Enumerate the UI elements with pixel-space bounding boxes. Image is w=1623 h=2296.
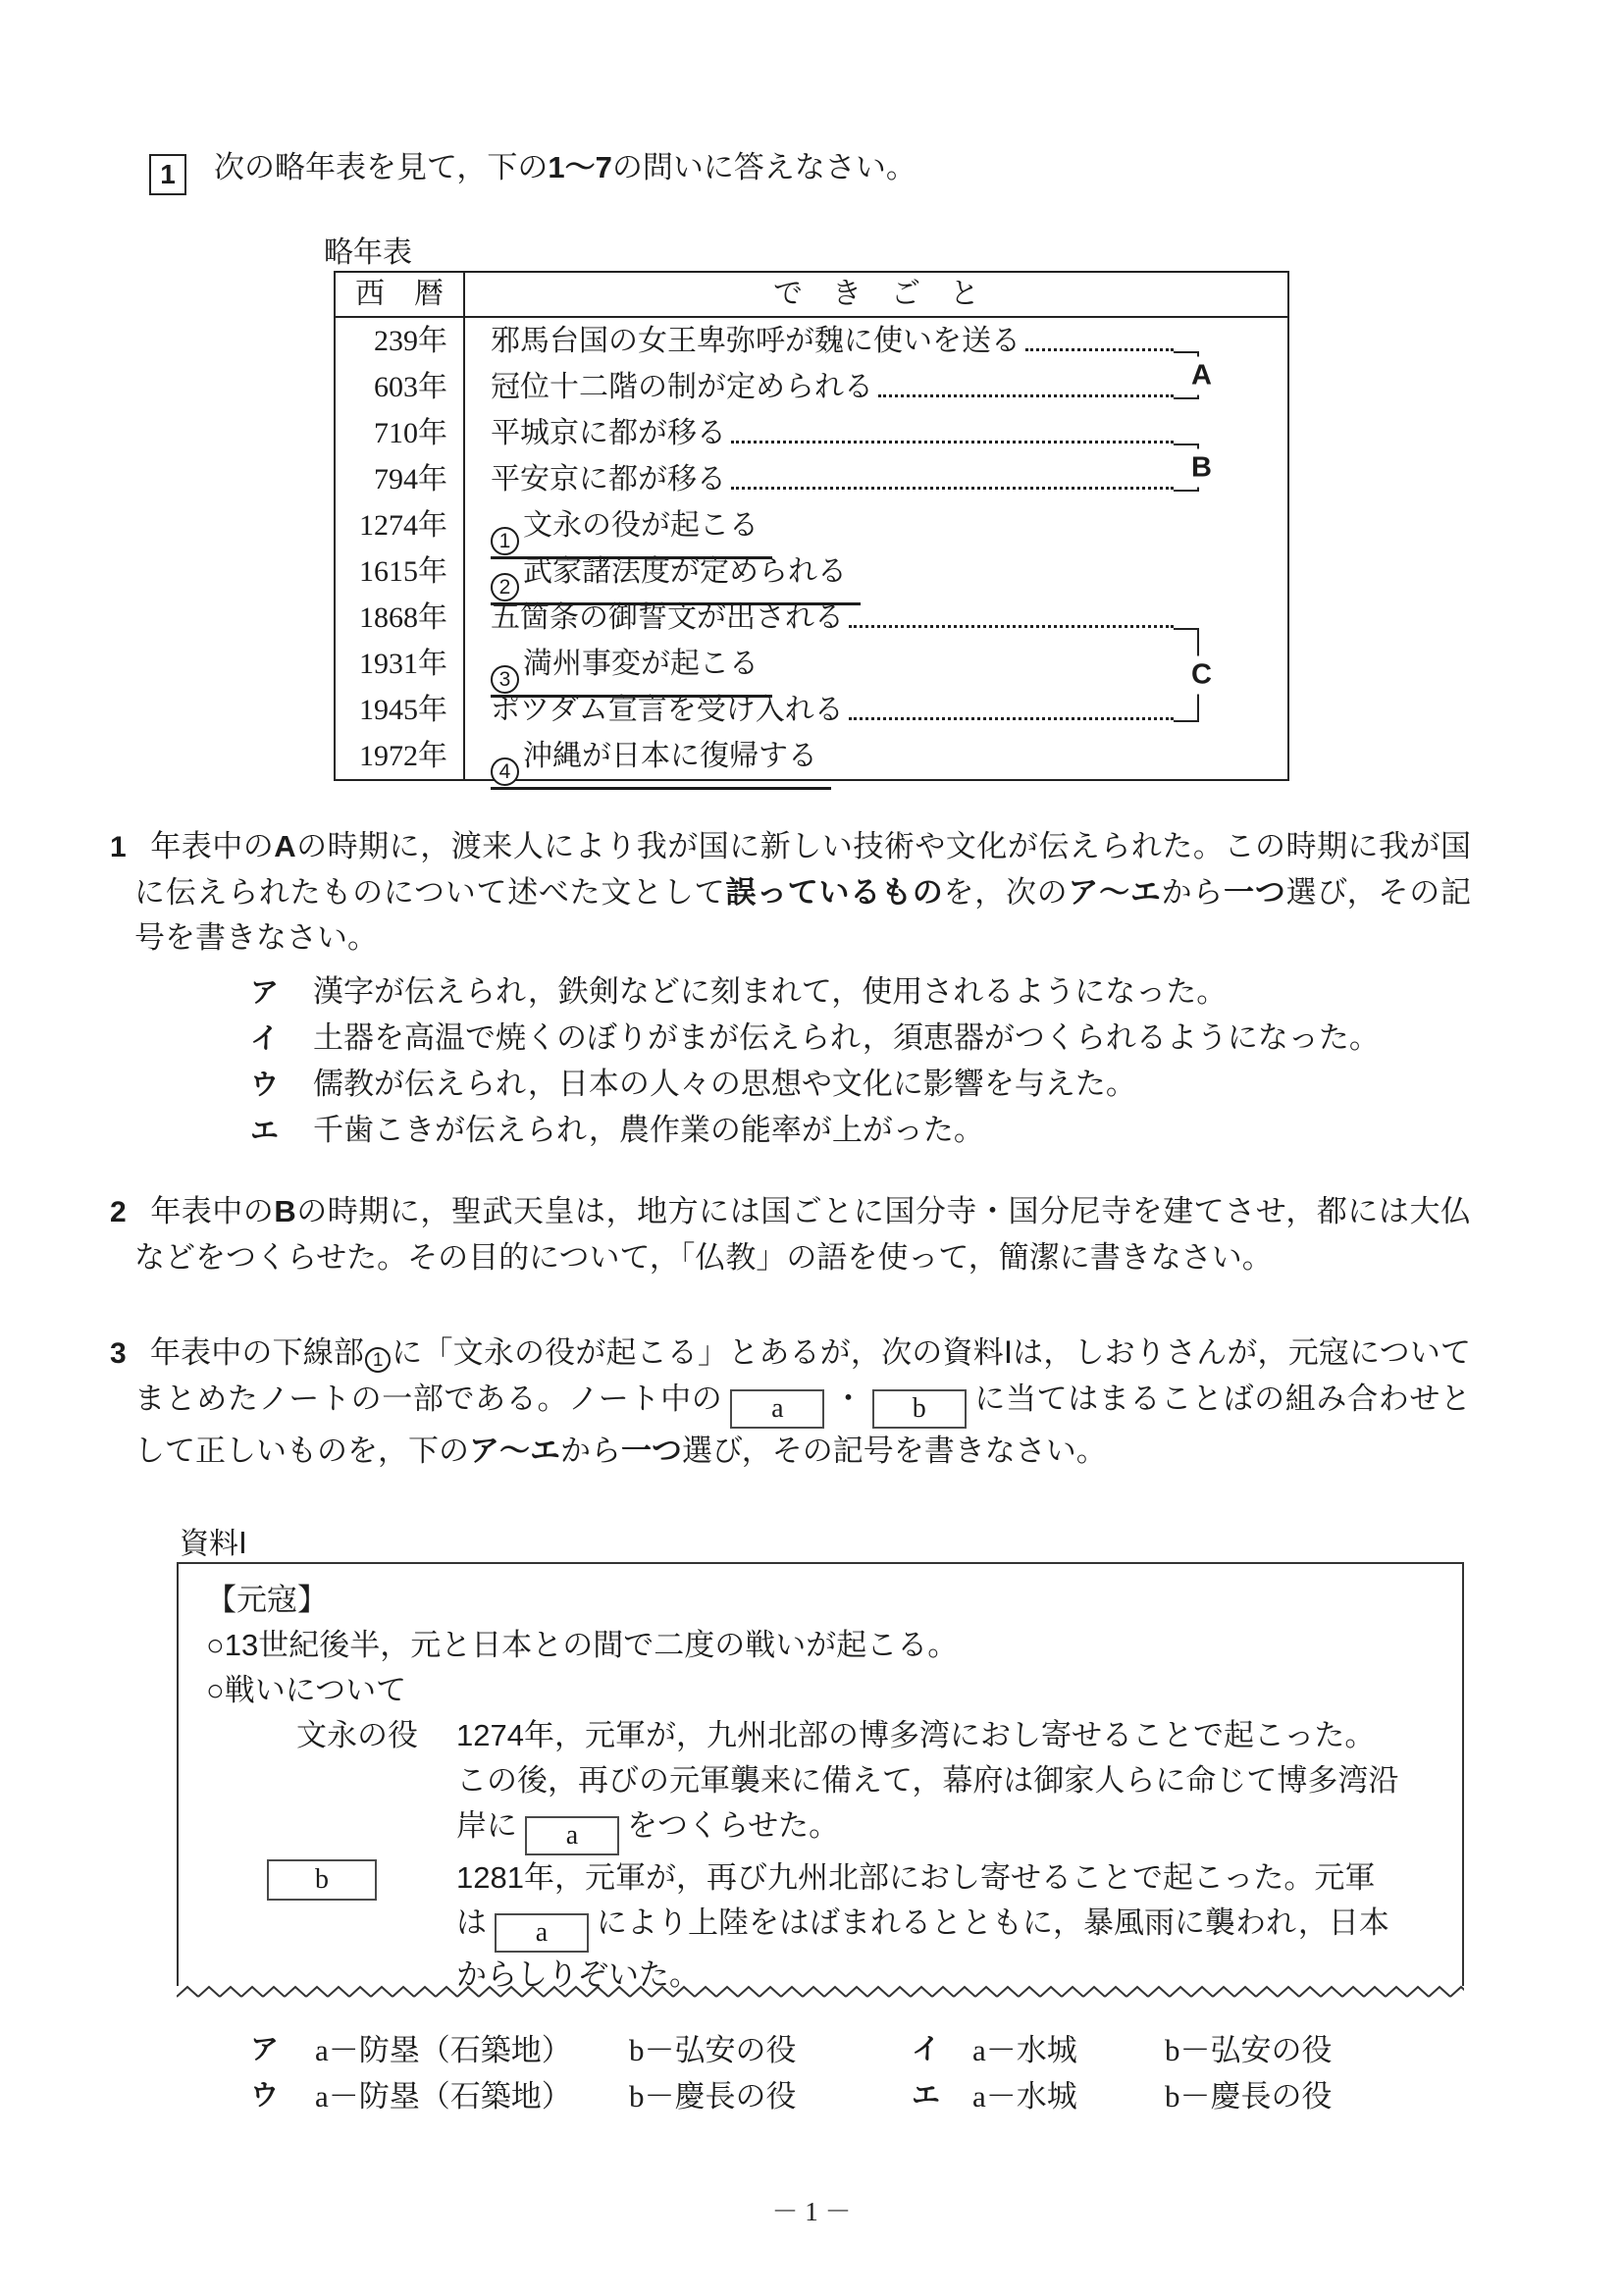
- timeline-event: 1文永の役が起こる: [465, 502, 1287, 548]
- underlined-event: 4沖縄が日本に復帰する: [491, 736, 831, 790]
- option-row: エ千歯こきが伝えられ，農作業の能率が上がった。: [250, 1108, 1380, 1154]
- timeline-year: 1931年: [336, 641, 465, 687]
- timeline-header-event: で き ご と: [465, 273, 1287, 316]
- section-number-box: 1: [149, 154, 186, 195]
- torn-edge: [177, 1985, 1464, 1999]
- option-label: ウ: [250, 1063, 313, 1108]
- blank-box-a: a: [495, 1913, 589, 1953]
- battle-label-blank: b: [206, 1855, 456, 1998]
- choice-label: ウ: [250, 2073, 315, 2119]
- timeline-event: 平城京に都が移る: [465, 410, 1287, 456]
- option-row: イ土器を高温で焼くのぼりがまが伝えられ，須恵器がつくられるようになった。: [250, 1016, 1380, 1062]
- dotted-leader: [878, 364, 1174, 397]
- section-intro-range: 1～7: [548, 150, 611, 184]
- timeline-title: 略年表: [324, 228, 412, 271]
- shiryo-heading: 【元寇】: [206, 1578, 1435, 1623]
- timeline-year: 1615年: [336, 548, 465, 595]
- timeline-row: 1945年 ポツダム宣言を受け入れる: [336, 687, 1287, 733]
- timeline-year: 794年: [336, 456, 465, 502]
- timeline-event: 邪馬台国の女王卑弥呼が魏に使いを送る: [465, 318, 1287, 364]
- blank-box-b: b: [267, 1859, 377, 1901]
- timeline-header: 西 暦 で き ご と: [336, 273, 1287, 318]
- choice-b: b－弘安の役: [629, 2027, 912, 2073]
- period-bracket-c: C: [1174, 628, 1199, 722]
- shiryo-label: 資料Ⅰ: [180, 1519, 247, 1562]
- choice-label: エ: [912, 2073, 972, 2119]
- question-2-number: 2: [110, 1196, 150, 1228]
- question-1-options: ア漢字が伝えられ，鉄剣などに刻まれて，使用されるようになった。 イ土器を高温で焼…: [250, 969, 1380, 1154]
- section-header: 1次の略年表を見て，下の1～7の問いに答えなさい。: [149, 147, 916, 195]
- section-intro-tail: の問いに答えなさい。: [612, 150, 916, 184]
- option-text: 千歯こきが伝えられ，農作業の能率が上がった。: [313, 1113, 984, 1147]
- timeline-row: 710年 平城京に都が移る: [336, 410, 1287, 456]
- timeline-row: 1972年 4沖縄が日本に復帰する: [336, 733, 1287, 779]
- blank-box-a: a: [525, 1816, 619, 1855]
- blank-box-a: a: [730, 1389, 824, 1429]
- dotted-leader: [731, 410, 1174, 444]
- dotted-leader: [849, 595, 1174, 628]
- timeline-event: ポツダム宣言を受け入れる: [465, 687, 1287, 733]
- choice-b: b－慶長の役: [629, 2073, 912, 2119]
- question-3: 3年表中の下線部1に「文永の役が起こる」とあるが，次の資料Ⅰは，しおりさんが，元…: [134, 1331, 1471, 1474]
- timeline-header-year: 西 暦: [336, 273, 465, 316]
- question-1: 1年表中のAの時期に，渡来人により我が国に新しい技術や文化が伝えられた。この時期…: [134, 824, 1471, 961]
- choice-a: a－水城: [972, 2027, 1165, 2073]
- timeline-row: 239年 邪馬台国の女王卑弥呼が魏に使いを送る: [336, 318, 1287, 364]
- shiryo-row-b: b 1281年，元軍が，再び九州北部におし寄せることで起こった。元軍 はaにより…: [206, 1855, 1435, 1998]
- shiryo-line: ○戦いについて: [206, 1668, 1435, 1713]
- question-3-choices: ア a－防塁（石築地） b－弘安の役 イ a－水城 b－弘安の役 ウ a－防塁（…: [250, 2027, 1333, 2119]
- period-label-a: A: [274, 829, 295, 863]
- timeline-event: 3満州事変が起こる: [465, 641, 1287, 687]
- timeline-event: 2武家諸法度が定められる: [465, 548, 1287, 595]
- circled-number: 1: [365, 1347, 391, 1373]
- period-label-b: B: [274, 1194, 295, 1228]
- choice-a: a－水城: [972, 2073, 1165, 2119]
- option-label: イ: [250, 1017, 313, 1062]
- timeline-row: 1615年 2武家諸法度が定められる: [336, 548, 1287, 595]
- timeline-event: 平安京に都が移る: [465, 456, 1287, 502]
- option-row: ア漢字が伝えられ，鉄剣などに刻まれて，使用されるようになった。: [250, 969, 1380, 1016]
- battle-label: 文永の役: [206, 1713, 456, 1855]
- timeline-event: 4沖縄が日本に復帰する: [465, 733, 1287, 779]
- option-text: 土器を高温で焼くのぼりがまが伝えられ，須恵器がつくられるようになった。: [313, 1020, 1380, 1055]
- timeline-event: 五箇条の御誓文が出される: [465, 595, 1287, 641]
- battle-description: 1281年，元軍が，再び九州北部におし寄せることで起こった。元軍 はaにより上陸…: [456, 1855, 1435, 1998]
- blank-box-b: b: [872, 1389, 967, 1429]
- timeline-table: 西 暦 で き ご と 239年 邪馬台国の女王卑弥呼が魏に使いを送る 603年…: [334, 271, 1289, 781]
- timeline-event: 冠位十二階の制が定められる: [465, 364, 1287, 410]
- shiryo-line: ○13世紀後半，元と日本との間で二度の戦いが起こる。: [206, 1623, 1435, 1668]
- choice-b: b－弘安の役: [1165, 2027, 1333, 2073]
- choice-row: ア a－防塁（石築地） b－弘安の役 イ a－水城 b－弘安の役: [250, 2027, 1333, 2073]
- dotted-leader: [731, 456, 1174, 490]
- option-text: 儒教が伝えられ，日本の人々の思想や文化に影響を与えた。: [313, 1067, 1136, 1101]
- timeline-row: 1868年 五箇条の御誓文が出される: [336, 595, 1287, 641]
- period-bracket-b: B: [1174, 444, 1199, 492]
- dotted-leader: [1025, 318, 1174, 351]
- choice-row: ウ a－防塁（石築地） b－慶長の役 エ a－水城 b－慶長の役: [250, 2073, 1333, 2119]
- choice-a: a－防塁（石築地）: [315, 2027, 629, 2073]
- choice-label: ア: [250, 2027, 315, 2073]
- timeline-row: 1274年 1文永の役が起こる: [336, 502, 1287, 548]
- option-text: 漢字が伝えられ，鉄剣などに刻まれて，使用されるようになった。: [313, 974, 1227, 1009]
- option-row: ウ儒教が伝えられ，日本の人々の思想や文化に影響を与えた。: [250, 1062, 1380, 1108]
- circled-number: 4: [491, 757, 519, 786]
- choice-a: a－防塁（石築地）: [315, 2073, 629, 2119]
- page-number: － 1 －: [0, 2190, 1623, 2228]
- question-3-number: 3: [110, 1337, 150, 1370]
- timeline-row: 603年 冠位十二階の制が定められる: [336, 364, 1287, 410]
- dotted-leader: [849, 687, 1174, 720]
- timeline-year: 239年: [336, 318, 465, 364]
- option-label: ア: [250, 970, 313, 1016]
- section-intro: 次の略年表を見て，下の: [214, 150, 548, 184]
- choice-b: b－慶長の役: [1165, 2073, 1333, 2119]
- question-1-number: 1: [110, 831, 150, 863]
- timeline-year: 1972年: [336, 733, 465, 779]
- period-bracket-a: A: [1174, 351, 1199, 399]
- shiryo-row-bunei: 文永の役 1274年，元軍が，九州北部の博多湾におし寄せることで起こった。 この…: [206, 1713, 1435, 1855]
- timeline-row: 1931年 3満州事変が起こる: [336, 641, 1287, 687]
- battle-description: 1274年，元軍が，九州北部の博多湾におし寄せることで起こった。 この後，再びの…: [456, 1713, 1435, 1855]
- choice-label: イ: [912, 2027, 972, 2073]
- timeline-year: 1274年: [336, 502, 465, 548]
- timeline-row: 794年 平安京に都が移る: [336, 456, 1287, 502]
- question-2: 2年表中のBの時期に，聖武天皇は，地方には国ごとに国分寺・国分尼寺を建てさせ，都…: [134, 1189, 1471, 1280]
- timeline-year: 603年: [336, 364, 465, 410]
- timeline-year: 1868年: [336, 595, 465, 641]
- timeline-year: 1945年: [336, 687, 465, 733]
- exam-page: 1次の略年表を見て，下の1～7の問いに答えなさい。 略年表 西 暦 で き ご …: [0, 0, 1623, 2296]
- shiryo-box: 【元寇】 ○13世紀後半，元と日本との間で二度の戦いが起こる。 ○戦いについて …: [177, 1562, 1464, 1986]
- timeline-year: 710年: [336, 410, 465, 456]
- option-label: エ: [250, 1109, 313, 1154]
